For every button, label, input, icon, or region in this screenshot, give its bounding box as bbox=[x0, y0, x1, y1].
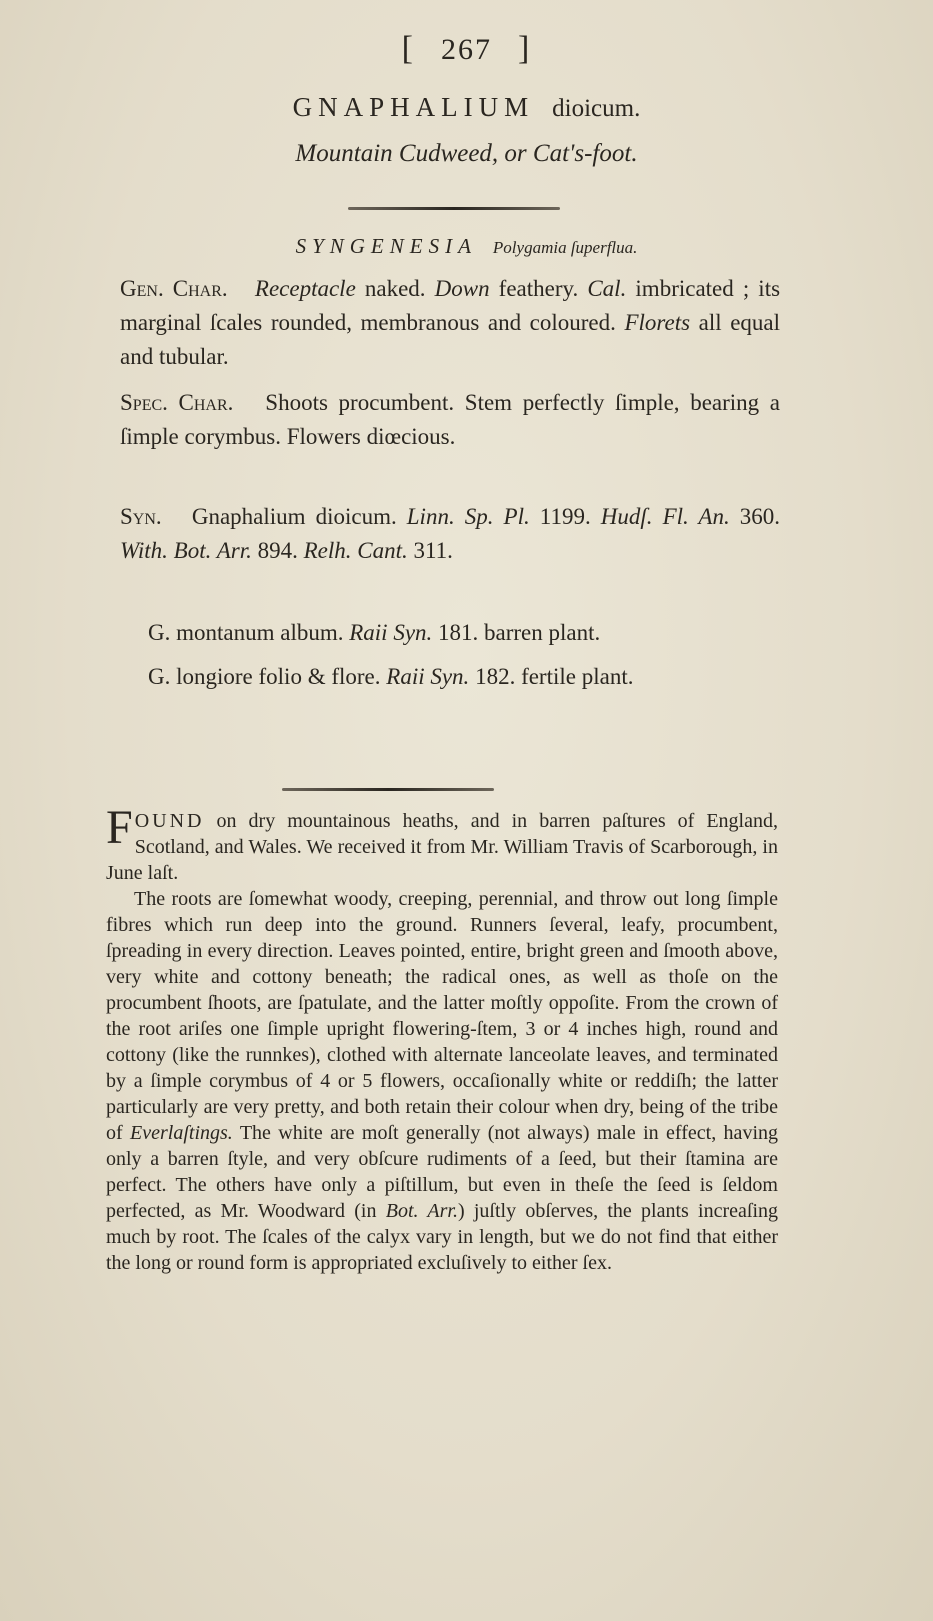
synonym-name: Gnaphalium dioicum. bbox=[192, 504, 407, 529]
italic-term: Everlaſtings. bbox=[130, 1122, 233, 1144]
citation-page: 360. bbox=[730, 504, 780, 529]
page-number: [267] bbox=[0, 30, 933, 68]
citation-source: Hudſ. Fl. An. bbox=[601, 504, 730, 529]
generic-character: Gen. Char. Receptacle naked. Down feathe… bbox=[120, 272, 780, 374]
gen-char-term: Florets bbox=[624, 310, 690, 335]
citation-source: Raii Syn. bbox=[386, 664, 469, 689]
linnaean-classification: SYNGENESIAPolygamia ſuperflua. bbox=[0, 234, 933, 259]
spec-char-label: Spec. Char. bbox=[120, 390, 233, 415]
citation-source: Linn. Sp. Pl. bbox=[407, 504, 530, 529]
page-number-value: 267 bbox=[441, 33, 492, 66]
syn-label: Syn. bbox=[120, 504, 162, 529]
description-body: FOUND on dry mountainous heaths, and in … bbox=[106, 808, 778, 1276]
paragraph-text: The roots are ſomewhat woody, creeping, … bbox=[106, 888, 778, 1144]
synonym-entry: G. longiore folio & flore. Raii Syn. 182… bbox=[148, 660, 780, 694]
order-name: Polygamia ſuperflua. bbox=[493, 238, 637, 257]
paragraph-habitat: FOUND on dry mountainous heaths, and in … bbox=[106, 808, 778, 886]
genus-name: GNAPHALIUM bbox=[293, 92, 535, 122]
drop-cap: F bbox=[106, 810, 133, 846]
citation-page: 181. barren plant. bbox=[432, 620, 600, 645]
synonym-entry: G. montanum album. Raii Syn. 181. barren… bbox=[148, 616, 780, 650]
synonym-name: G. longiore folio & flore. bbox=[148, 664, 386, 689]
paragraph-description: The roots are ſomewhat woody, creeping, … bbox=[106, 886, 778, 1276]
citation-source: Raii Syn. bbox=[349, 620, 432, 645]
citation-page: 894. bbox=[252, 538, 304, 563]
synonym-name: G. montanum album. bbox=[148, 620, 349, 645]
gen-char-term: Cal. bbox=[587, 276, 626, 301]
citation-page: 182. fertile plant. bbox=[469, 664, 633, 689]
book-page: [267] GNAPHALIUMdioicum. Mountain Cudwee… bbox=[0, 0, 933, 1621]
gen-char-term: Down bbox=[435, 276, 490, 301]
species-epithet: dioicum. bbox=[552, 95, 640, 122]
divider-rule bbox=[282, 788, 494, 791]
bracket-close: ] bbox=[518, 30, 531, 67]
specific-character: Spec. Char. Shoots procumbent. Stem perf… bbox=[120, 386, 780, 454]
paragraph-text: on dry mountainous heaths, and in barren… bbox=[106, 810, 778, 884]
citation-source: Relh. Cant. bbox=[304, 538, 408, 563]
citation-source: With. Bot. Arr. bbox=[120, 538, 252, 563]
bracket-open: [ bbox=[402, 30, 415, 67]
synonyms: Syn. Gnaphalium dioicum. Linn. Sp. Pl. 1… bbox=[120, 500, 780, 568]
species-title: GNAPHALIUMdioicum. bbox=[0, 92, 933, 123]
additional-synonyms: G. montanum album. Raii Syn. 181. barren… bbox=[148, 616, 780, 704]
gen-char-term: Receptacle bbox=[255, 276, 356, 301]
gen-char-label: Gen. Char. bbox=[120, 276, 228, 301]
gen-char-text: feathery. bbox=[490, 276, 588, 301]
class-name: SYNGENESIA bbox=[296, 234, 477, 258]
lead-caps: OUND bbox=[135, 810, 205, 832]
common-name: Mountain Cudweed, or Cat's-foot. bbox=[0, 140, 933, 168]
italic-term: Bot. Arr. bbox=[386, 1200, 458, 1222]
gen-char-text: naked. bbox=[356, 276, 435, 301]
divider-rule bbox=[348, 207, 560, 210]
citation-page: 311. bbox=[408, 538, 453, 563]
citation-page: 1199. bbox=[530, 504, 601, 529]
